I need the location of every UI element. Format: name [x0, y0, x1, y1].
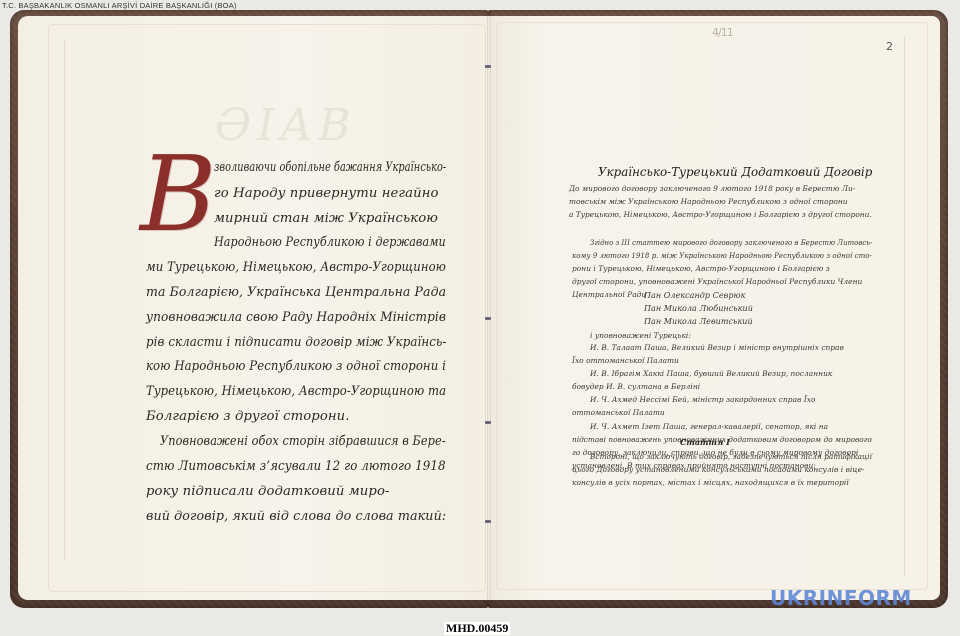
binding-stitch — [485, 520, 491, 523]
article-heading: Стаття I — [680, 437, 730, 447]
pencil-archive-mark: 4/11 — [712, 26, 733, 39]
left-page-margin-rule — [64, 40, 65, 560]
body-line: другої сторони, уповноважені Української… — [572, 277, 862, 286]
document-title: Українсько-Турецький Додатковий Договір — [598, 164, 872, 179]
signatory-ukraine: Пан Олександр Севрюк — [644, 291, 745, 300]
text-line: Болгарією з другої сторони. — [146, 409, 350, 424]
text-line: ми Турецькою, Німецькою, Австро-Угорщино… — [146, 260, 446, 275]
body-line: Згідно з III статтею мирового договору з… — [590, 238, 872, 247]
text-line: Турецькою, Німецькою, Австро-Угорщиною т… — [146, 384, 446, 399]
book-gutter — [487, 16, 491, 600]
text-line: кою Народньою Республикою з одної сторон… — [146, 359, 446, 374]
signatory-turkey: И. Ч. Ахмет Ізет Паша, генерал-кавалерії… — [590, 422, 828, 431]
bleedthrough-text: ƏIAB — [215, 100, 325, 160]
article-line: консулів в усіх портах, містах і місцях,… — [572, 478, 849, 487]
signatories-intro: і уповноважені Турецькі: — [590, 331, 691, 340]
body-line: Центральної Ради — [572, 290, 646, 299]
signatory-turkey: Їхо оттоманської Палати — [572, 356, 679, 365]
subtitle-line: До мирового договору заключеного 9 лютог… — [569, 184, 855, 193]
signatory-turkey: И. В. Талаат Паша, Великий Везир і мініс… — [590, 343, 844, 352]
text-line: Народньою Республикою і державами — [214, 235, 446, 250]
signatory-turkey: И. Ч. Ахмед Нессімі Бей, міністр закордо… — [590, 395, 815, 404]
body-line: рони і Турецькою, Німецькою, Австро-Угор… — [572, 264, 830, 273]
article-line: Встороні, що заключують договір, забезпе… — [590, 452, 872, 461]
text-line: зволиваючи обопільне бажання Українсько- — [214, 160, 446, 175]
binding-stitch — [485, 317, 491, 320]
folio-number: 2 — [886, 40, 893, 53]
text-line: року підписали додатковий миро- — [146, 484, 390, 499]
signatory-turkey: И. В. Ібрагім Хаккі Паша, бувший Великий… — [590, 369, 832, 378]
signatory-ukraine: Пан Микола Левитський — [644, 317, 753, 326]
right-page-margin-rule — [904, 36, 905, 576]
subtitle-line: а Турецькою, Німецькою, Австро-Угорщиною… — [569, 210, 872, 219]
text-line: уповноважила свою Раду Народніх Міністрі… — [146, 310, 446, 325]
text-line: та Болгарією, Українська Центральна Рада — [146, 285, 446, 300]
binding-stitch — [485, 421, 491, 424]
ukrinform-watermark: UKRINFORM — [770, 586, 912, 610]
article-line: цього Договору установленими консульськи… — [572, 465, 865, 474]
signatory-ukraine: Пан Микола Любинський — [644, 304, 753, 313]
subtitle-line: товськім між Українською Народньою Респу… — [569, 197, 848, 206]
body-line: кому 9 лютого 1918 р. між Українською На… — [572, 251, 872, 260]
text-line: го Народу привернути негайно — [214, 186, 439, 201]
text-line: Уповноважені обох сторін зібравшися в Бе… — [160, 434, 446, 449]
decorative-initial: В — [140, 142, 220, 247]
signatory-turkey: оттоманської Палати — [572, 408, 665, 417]
text-line: стю Литовськім з’ясували 12 го лютого 19… — [146, 459, 446, 474]
signatory-turkey: бовудер И. В. султана в Берліні — [572, 382, 700, 391]
text-line: рів скласти і підписати договір між Укра… — [146, 335, 447, 350]
text-line: вий договір, який від слова до слова так… — [146, 509, 446, 524]
text-line: мирний стан між Українською — [214, 211, 438, 226]
binding-stitch — [485, 65, 491, 68]
catalog-label: MHD.00459 — [444, 622, 510, 635]
